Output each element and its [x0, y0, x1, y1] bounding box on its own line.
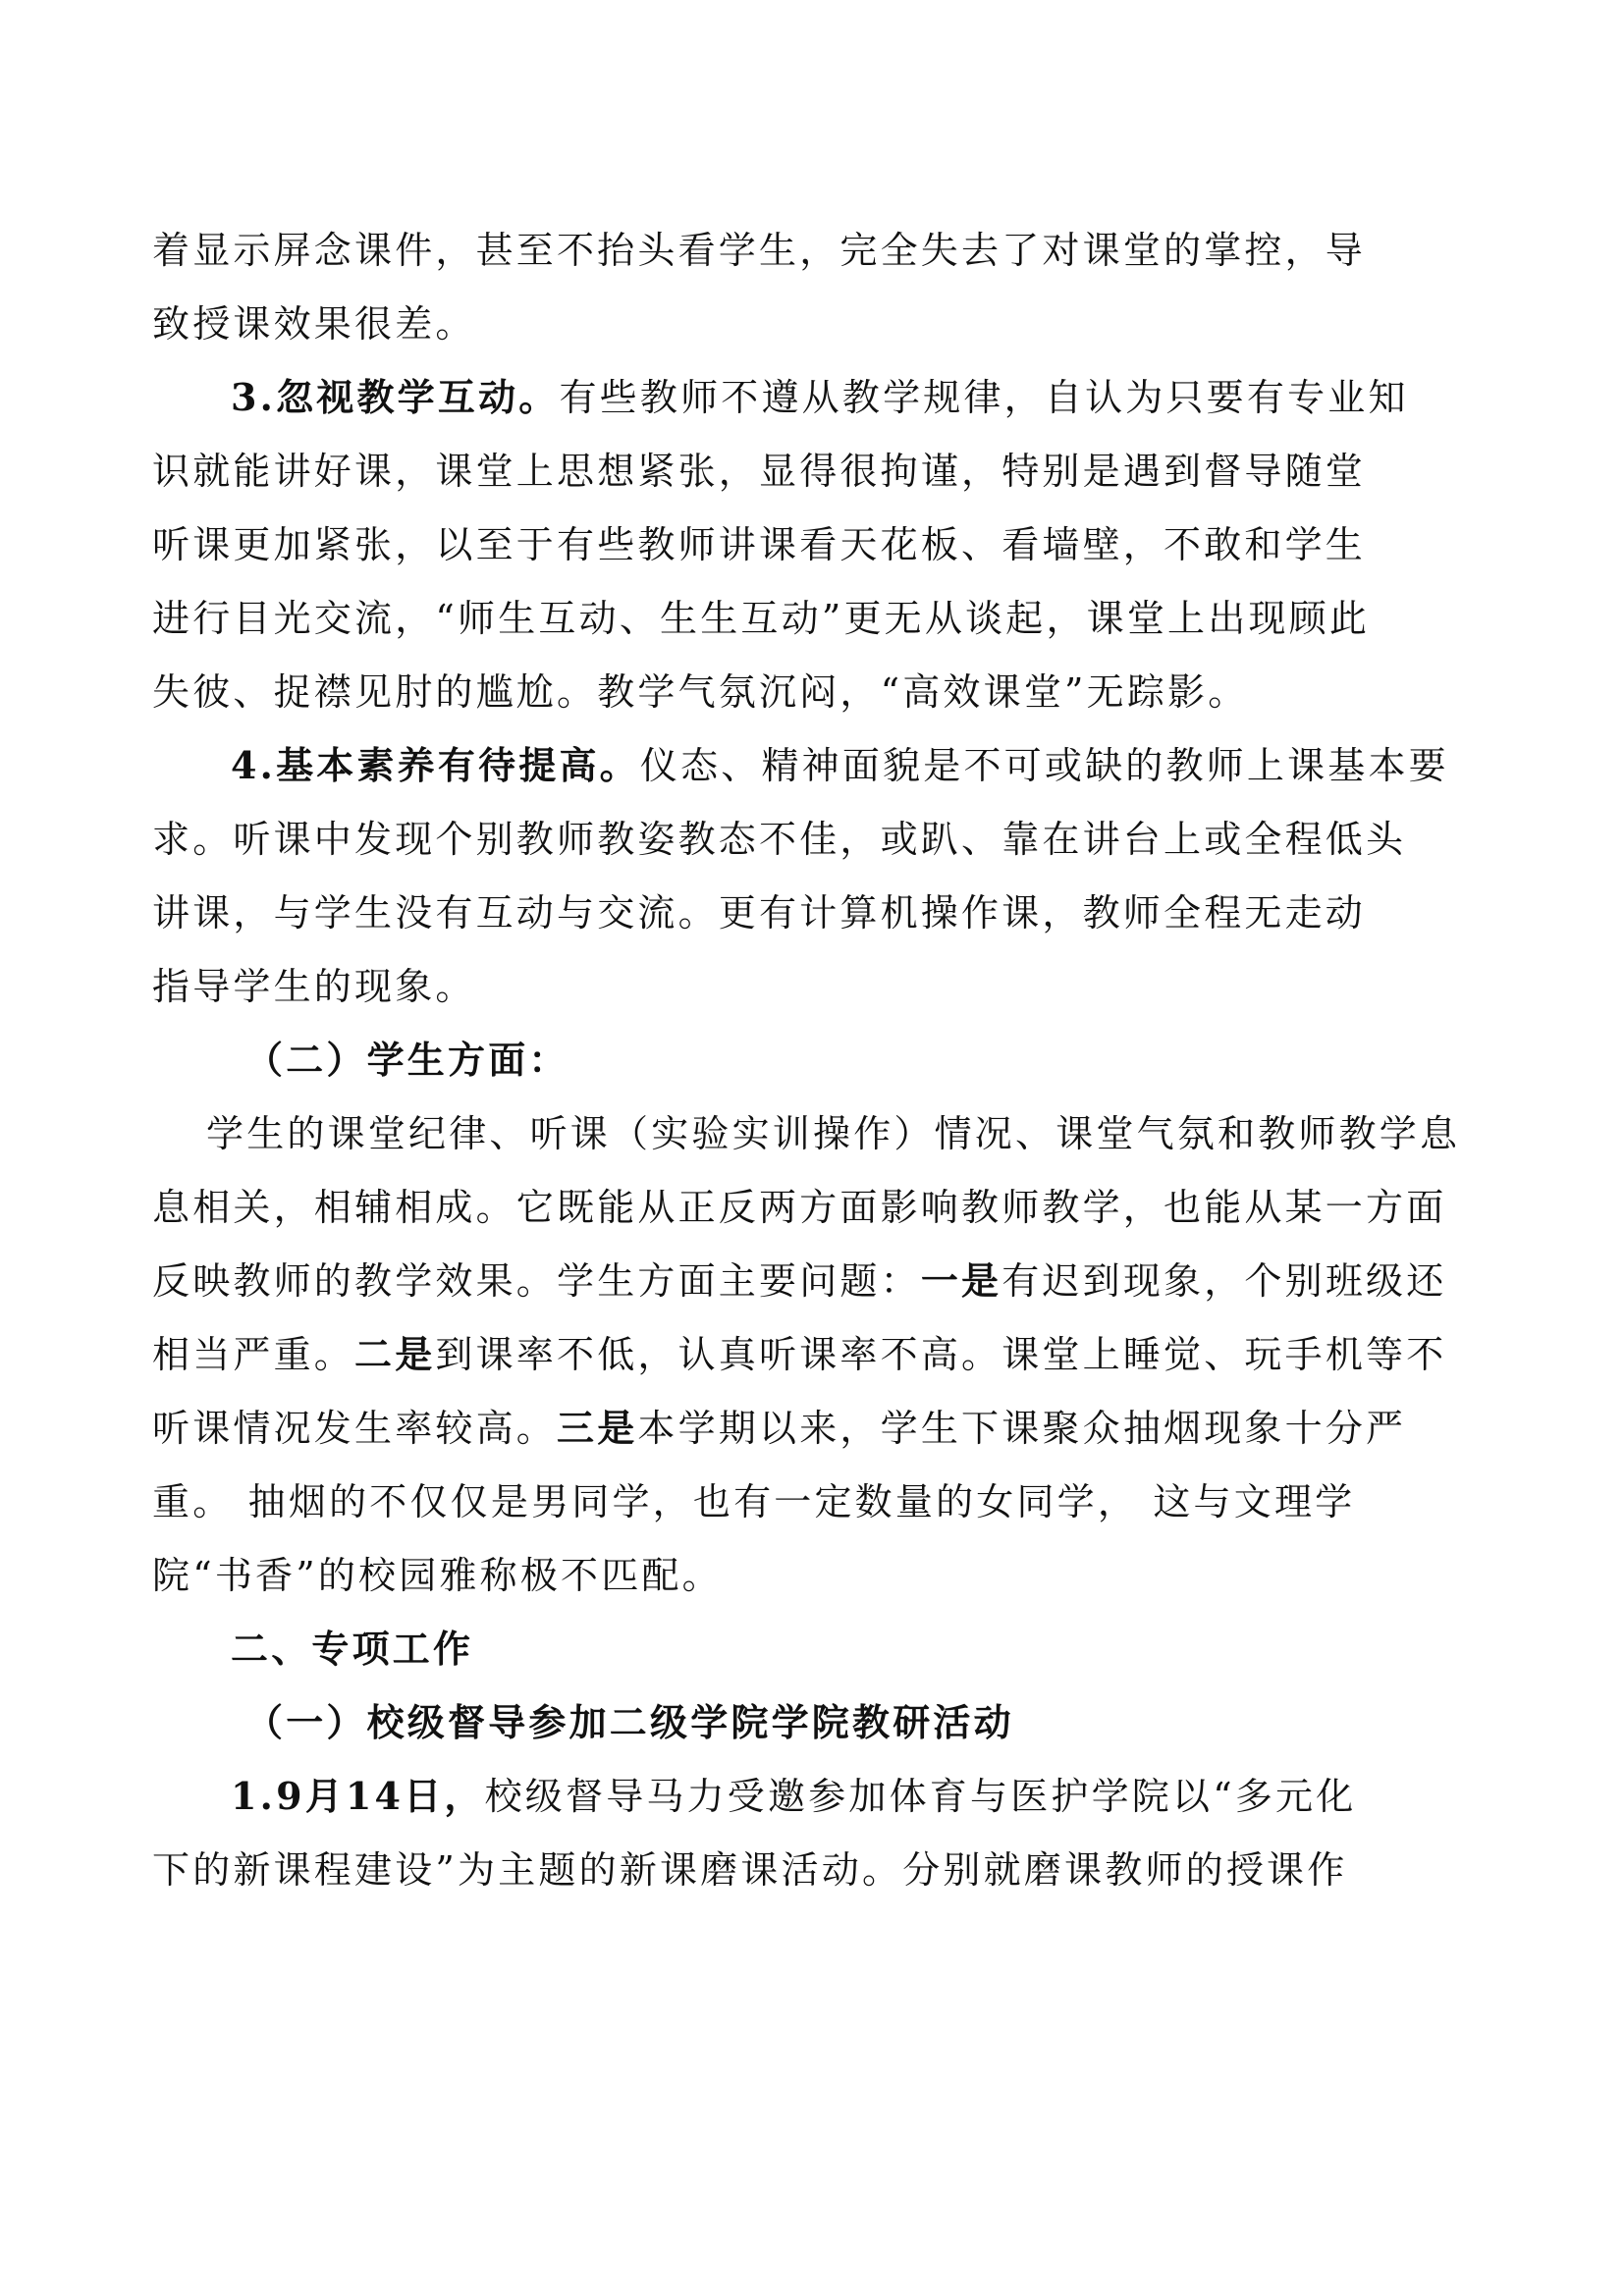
text-line: （一）校级督导参加二级学院学院教研活动	[245, 1693, 1581, 1752]
body-text: 学生的课堂纪律、听课（实验实训操作）情况、课堂气氛和教师教学息	[206, 1112, 1460, 1155]
bold-text: 二是	[354, 1332, 435, 1376]
text-line: 进行目光交流，“师生互动、生生互动”更无从谈起，课堂上出现顾此	[152, 589, 1488, 648]
text-line: 讲课，与学生没有互动与交流。更有计算机操作课，教师全程无走动	[152, 883, 1488, 942]
body-text: 重。 抽烟的不仅仅是男同学，也有一定数量的女同学， 这与文理学	[152, 1480, 1355, 1523]
text-line: 致授课效果很差。	[152, 294, 1488, 353]
text-line: 4.基本素养有待提高。仪态、精神面貌是不可或缺的教师上课基本要	[231, 736, 1566, 795]
body-text: 有迟到现象，个别班级还	[1001, 1259, 1446, 1303]
body-text: 讲课，与学生没有互动与交流。更有计算机操作课，教师全程无走动	[152, 891, 1366, 934]
body-text: 着显示屏念课件，甚至不抬头看学生，完全失去了对课堂的掌控，导	[152, 229, 1366, 272]
body-text: 相当严重。	[152, 1333, 354, 1376]
text-line: 学生的课堂纪律、听课（实验实训操作）情况、课堂气氛和教师教学息	[206, 1104, 1542, 1163]
text-line: 求。听课中发现个别教师教姿教态不佳，或趴、靠在讲台上或全程低头	[152, 810, 1488, 869]
text-line: 失彼、捉襟见肘的尴尬。教学气氛沉闷，“高效课堂”无踪影。	[152, 663, 1488, 721]
bold-text: （一）校级督导参加二级学院学院教研活动	[245, 1700, 1014, 1744]
text-line: （二）学生方面：	[245, 1031, 1581, 1090]
text-line: 下的新课程建设”为主题的新课磨课活动。分别就磨课教师的授课作	[152, 1841, 1488, 1899]
text-line: 听课情况发生率较高。三是本学期以来，学生下课聚众抽烟现象十分严	[152, 1399, 1488, 1458]
bold-text: 一是	[921, 1258, 1001, 1303]
text-line: 院“书香”的校园雅称极不匹配。	[152, 1546, 1488, 1605]
text-line: 1.9月14日，校级督导马力受邀参加体育与医护学院以“多元化	[231, 1767, 1566, 1826]
bold-text: 3.忽视教学互动。	[231, 375, 559, 419]
text-line: 相当严重。二是到课率不低，认真听课率不高。课堂上睡觉、玩手机等不	[152, 1325, 1488, 1384]
body-text: 下的新课程建设”为主题的新课磨课活动。分别就磨课教师的授课作	[152, 1848, 1347, 1892]
body-text: 本学期以来，学生下课聚众抽烟现象十分严	[637, 1407, 1406, 1450]
text-line: 二、专项工作	[231, 1620, 1566, 1679]
text-line: 识就能讲好课，课堂上思想紧张，显得很拘谨，特别是遇到督导随堂	[152, 442, 1488, 501]
body-text: 息相关，相辅相成。它既能从正反两方面影响教师教学，也能从某一方面	[152, 1186, 1446, 1229]
body-text: 听课更加紧张，以至于有些教师讲课看天花板、看墙壁，不敢和学生	[152, 523, 1366, 566]
text-line: 重。 抽烟的不仅仅是男同学，也有一定数量的女同学， 这与文理学	[152, 1472, 1488, 1531]
bold-text: 4.基本素养有待提高。	[231, 743, 640, 787]
text-line: 听课更加紧张，以至于有些教师讲课看天花板、看墙壁，不敢和学生	[152, 515, 1488, 574]
bold-text: 三是	[557, 1406, 637, 1450]
body-text: 求。听课中发现个别教师教姿教态不佳，或趴、靠在讲台上或全程低头	[152, 818, 1406, 861]
text-line: 着显示屏念课件，甚至不抬头看学生，完全失去了对课堂的掌控，导	[152, 221, 1488, 280]
body-text: 仪态、精神面貌是不可或缺的教师上课基本要	[640, 744, 1449, 787]
bold-text: 1.9月14日，	[231, 1774, 485, 1818]
document-page: 着显示屏念课件，甚至不抬头看学生，完全失去了对课堂的掌控，导致授课效果很差。3.…	[0, 0, 1624, 2296]
body-text: 识就能讲好课，课堂上思想紧张，显得很拘谨，特别是遇到督导随堂	[152, 450, 1366, 493]
body-text: 校级督导马力受邀参加体育与医护学院以“多元化	[485, 1775, 1357, 1818]
body-text: 听课情况发生率较高。	[152, 1407, 557, 1450]
text-line: 息相关，相辅相成。它既能从正反两方面影响教师教学，也能从某一方面	[152, 1178, 1488, 1237]
text-line: 3.忽视教学互动。有些教师不遵从教学规律，自认为只要有专业知	[231, 368, 1566, 427]
body-text: 致授课效果很差。	[152, 302, 476, 346]
body-text: 反映教师的教学效果。学生方面主要问题：	[152, 1259, 921, 1303]
body-text: 指导学生的现象。	[152, 965, 476, 1008]
text-line: 反映教师的教学效果。学生方面主要问题：一是有迟到现象，个别班级还	[152, 1252, 1488, 1310]
text-line: 指导学生的现象。	[152, 957, 1488, 1016]
body-text: 进行目光交流，“师生互动、生生互动”更无从谈起，课堂上出现顾此	[152, 597, 1370, 640]
body-text: 失彼、捉襟见肘的尴尬。教学气氛沉闷，“高效课堂”无踪影。	[152, 670, 1248, 714]
bold-text: 二、专项工作	[231, 1627, 473, 1671]
body-text: 到课率不低，认真听课率不高。课堂上睡觉、玩手机等不	[435, 1333, 1446, 1376]
body-text: 有些教师不遵从教学规律，自认为只要有专业知	[559, 376, 1408, 419]
bold-text: （二）学生方面：	[245, 1038, 569, 1082]
body-text: 院“书香”的校园雅称极不匹配。	[152, 1554, 723, 1597]
